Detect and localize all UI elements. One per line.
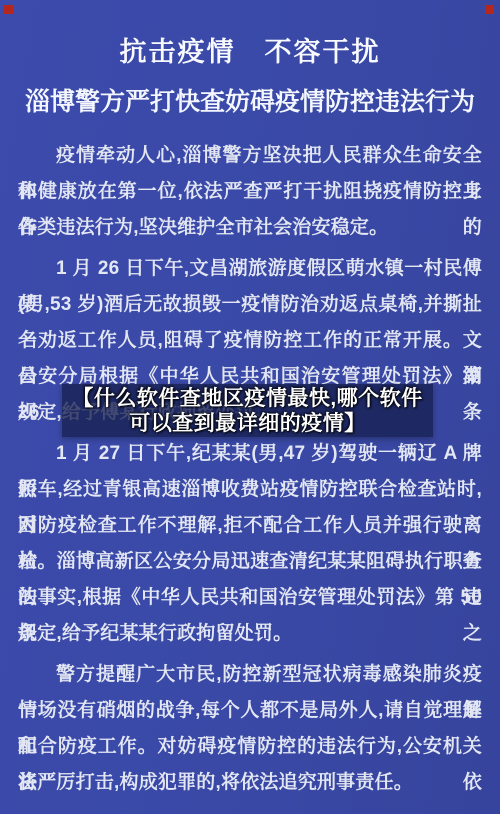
paragraph-case-2: 1 月 27 日下午,纪某某(男,47 岁)驾驶一辆辽 A 牌照 轿车,经过青银…	[18, 436, 482, 652]
poster: { "colors": { "background": "#3A49A6", "…	[0, 0, 500, 814]
paragraph-line: (男,53 岁)酒后无故损毁一疫情防治劝返点桌椅,并撕扯一	[18, 287, 482, 323]
paragraph-line: 1 月 26 日下午,文昌湖旅游度假区萌水镇一村民傅某	[18, 251, 482, 287]
paragraph-line: 名劝返工作人员,阻碍了疫情防控工作的正常开展。文昌湖	[18, 323, 482, 359]
paragraph-line: 一场没有硝烟的战争,每个人都不是局外人,请自觉理解和	[18, 693, 482, 729]
paragraph-reminder: 警方提醒广大市民,防控新型冠状病毒感染肺炎疫情是 一场没有硝烟的战争,每个人都不…	[18, 657, 482, 801]
paragraph-line: 法事实,根据《中华人民共和国治安管理处罚法》第 50 条之	[18, 580, 482, 616]
paragraph-line: 对防疫检查工作不理解,拒不配合工作人员并强行驶离检查	[18, 508, 482, 544]
paragraph-line: 疫情牵动人心,淄博警方坚决把人民群众生命安全和身	[18, 138, 482, 174]
paragraph-line: 配合防疫工作。对妨碍疫情防控的违法行为,公安机关将依	[18, 729, 482, 765]
corner-mark-top-right	[485, 5, 494, 14]
paragraph-line: 法严厉打击,构成犯罪的,将依法追究刑事责任。	[18, 765, 482, 801]
page-subtitle: 淄博警方严打快查妨碍疫情防控违法行为	[0, 82, 500, 118]
paragraph-line: 站。淄博高新区公安分局迅速查清纪某某阻碍执行职务的违	[18, 544, 482, 580]
corner-mark-top-left	[4, 5, 13, 14]
paragraph-intro: 疫情牵动人心,淄博警方坚决把人民群众生命安全和身 体健康放在第一位,依法严查严打…	[18, 138, 482, 246]
article-body: 疫情牵动人心,淄博警方坚决把人民群众生命安全和身 体健康放在第一位,依法严查严打…	[18, 138, 482, 806]
watermark-text-line-2: 可以查到最详细的疫情】	[62, 411, 433, 436]
paragraph-line: 1 月 27 日下午,纪某某(男,47 岁)驾驶一辆辽 A 牌照	[18, 436, 482, 472]
paragraph-line: 体健康放在第一位,依法严查严打干扰阻挠疫情防控工作的	[18, 174, 482, 210]
watermark-overlay-box: 【什么软件查地区疫情最快,哪个软件 可以查到最详细的疫情】	[62, 384, 433, 437]
watermark-text-line-1: 【什么软件查地区疫情最快,哪个软件	[62, 386, 433, 411]
page-title: 抗击疫情 不容干扰	[0, 0, 500, 69]
paragraph-line: 警方提醒广大市民,防控新型冠状病毒感染肺炎疫情是	[18, 657, 482, 693]
paragraph-line: 轿车,经过青银高速淄博收费站疫情防控联合检查站时,因	[18, 472, 482, 508]
